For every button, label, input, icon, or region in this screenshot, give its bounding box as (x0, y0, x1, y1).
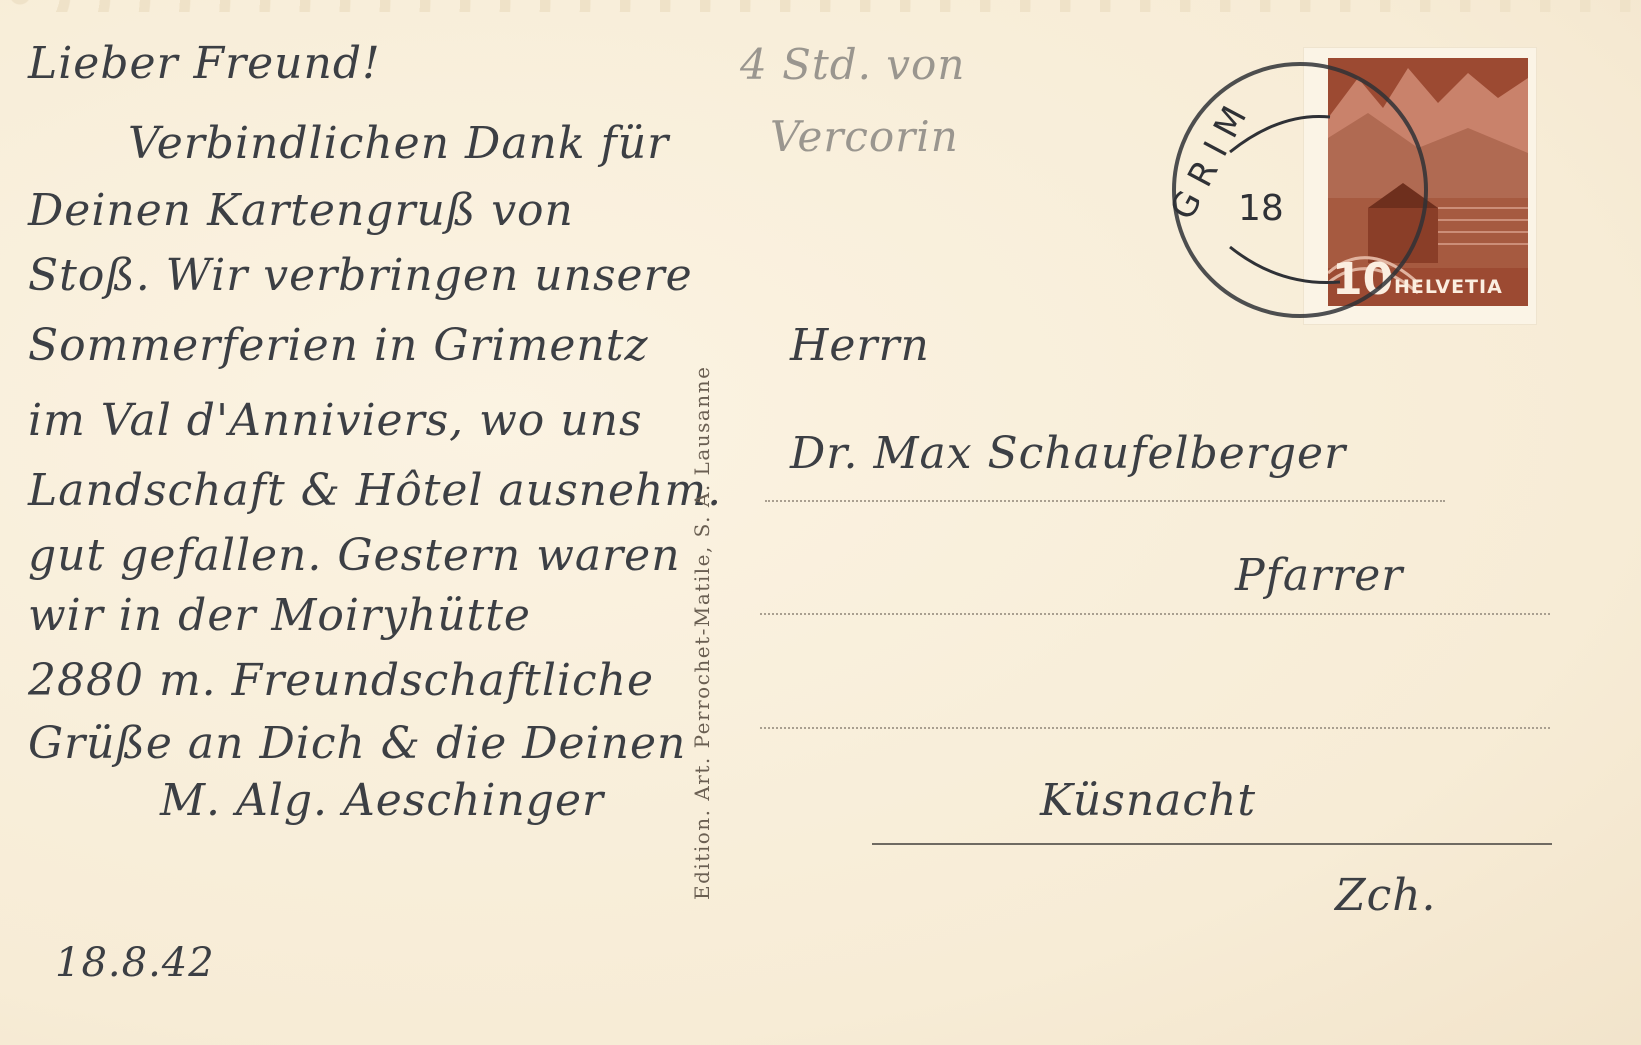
message-line: Landschaft & Hôtel ausnehm. (28, 465, 722, 516)
postcard-back: Lieber Freund! Verbindlichen Dank für De… (0, 0, 1641, 1045)
message-date: 18.8.42 (55, 940, 215, 986)
pencil-note-line2: Vercorin (770, 112, 959, 161)
address-name: Dr. Max Schaufelberger (790, 428, 1346, 479)
message-line: Grüße an Dich & die Deinen (28, 718, 686, 769)
address-city: Küsnacht (1040, 775, 1256, 826)
message-line: Verbindlichen Dank für (128, 118, 669, 169)
pencil-note-line1: 4 Std. von (740, 40, 965, 89)
address-line-1 (765, 500, 1445, 502)
deckled-edge (0, 0, 1641, 12)
signature: M. Alg. Aeschinger (160, 775, 604, 826)
publisher-imprint: Edition. Art. Perrochet-Matile, S. A. La… (690, 366, 714, 900)
message-line: im Val d'Anniviers, wo uns (28, 395, 643, 446)
message-line: Stoß. Wir verbringen unsere (28, 250, 693, 301)
message-line: gut gefallen. Gestern waren (28, 530, 681, 581)
svg-text:18: 18 (1238, 188, 1284, 229)
postmark-circle-icon: G R I M 18 (1160, 42, 1430, 342)
address-line-2 (760, 613, 1550, 615)
message-line: Sommerferien in Grimentz (28, 320, 649, 371)
address-line-4 (872, 843, 1552, 845)
address-canton: Zch. (1335, 870, 1437, 921)
address-title: Pfarrer (1235, 550, 1403, 601)
message-line: Deinen Kartengruß von (28, 185, 574, 236)
message-line: wir in der Moiryhütte (28, 590, 531, 641)
address-line-3 (760, 727, 1550, 729)
message-line: 2880 m. Freundschaftliche (28, 655, 654, 706)
message-line: Lieber Freund! (28, 38, 381, 89)
address-salutation: Herrn (790, 320, 930, 371)
postmark: G R I M 18 (1160, 42, 1430, 342)
